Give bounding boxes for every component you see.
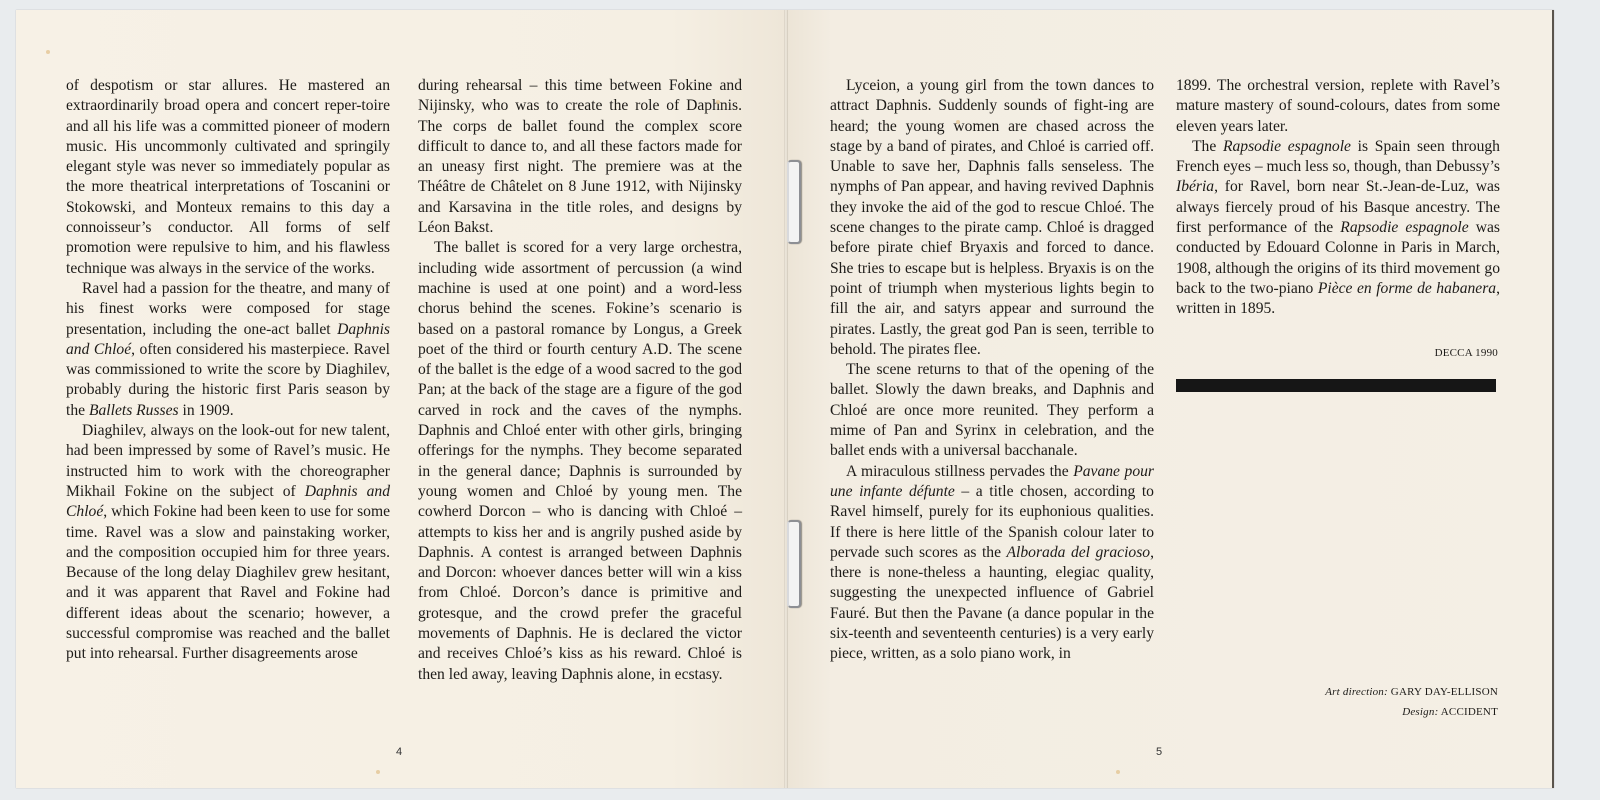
paragraph: The ballet is scored for a very large or… (418, 238, 742, 685)
staple-top-icon (787, 160, 801, 244)
booklet-spread: of despotism or star allures. He mastere… (16, 10, 1584, 788)
paragraph: Diaghilev, always on the look-out for ne… (66, 421, 390, 665)
paragraph: of despotism or star allures. He mastere… (66, 76, 390, 279)
right-column-2: 1899. The orchestral version, replete wi… (1176, 76, 1500, 320)
left-column-1: of despotism or star allures. He mastere… (66, 76, 390, 665)
staple-bottom-icon (787, 520, 801, 608)
paper-speck (1116, 770, 1120, 774)
credit-design: Design: ACCIDENT (1226, 706, 1498, 718)
paper-speck (376, 770, 380, 774)
page-number: 4 (396, 746, 402, 758)
paper-speck (46, 50, 50, 54)
paragraph: Ravel had a passion for the theatre, and… (66, 279, 390, 421)
paragraph: during rehearsal – this time between Fok… (418, 76, 742, 238)
spine-gutter (784, 10, 788, 788)
paragraph: Lyceion, a young girl from the town danc… (830, 76, 1154, 360)
page-number: 5 (1156, 746, 1162, 758)
paragraph: 1899. The orchestral version, replete wi… (1176, 76, 1500, 137)
paragraph: The Rapsodie espagnole is Spain seen thr… (1176, 137, 1500, 320)
credit-art-direction: Art direction: GARY DAY-ELLISON (1226, 686, 1498, 698)
paragraph: A miraculous stillness pervades the Pava… (830, 462, 1154, 665)
decorative-black-bar (1176, 379, 1496, 392)
paper-speck (956, 120, 960, 124)
left-column-2: during rehearsal – this time between Fok… (418, 76, 742, 685)
page-left: of despotism or star allures. He mastere… (16, 10, 786, 788)
page-right: Lyceion, a young girl from the town danc… (786, 10, 1554, 788)
paragraph: The scene returns to that of the opening… (830, 360, 1154, 461)
copyright-label: DECCA 1990 (1346, 347, 1498, 359)
right-column-1: Lyceion, a young girl from the town danc… (830, 76, 1154, 665)
paper-speck (716, 100, 720, 104)
